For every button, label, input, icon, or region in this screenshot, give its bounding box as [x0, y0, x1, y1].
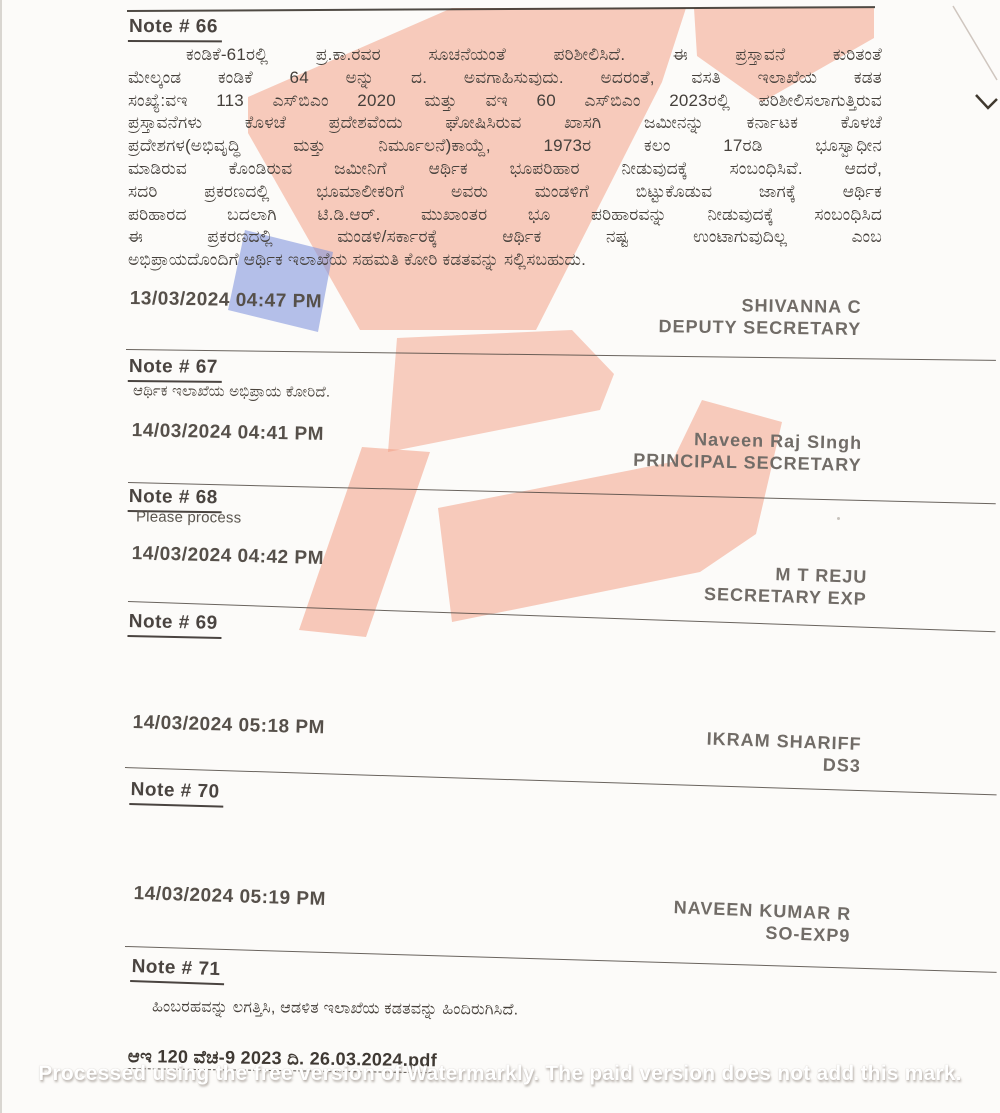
note-separator: [128, 482, 996, 504]
note-66-body-line: ಕಂಡಿಕೆ-61ರಲ್ಲಿ ಪ್ರ.ಕಾ.ರವರ ಸೂಚನೆಯಂತೆ ಪರಿಶ…: [128, 45, 882, 68]
note-separator: [125, 946, 997, 973]
note-69-heading: Note # 69: [127, 611, 222, 639]
note-66-datetime: 13/03/2024 04:47 PM: [130, 288, 323, 313]
note-66-body-line: ಮೇಲ್ಕಂಡ ಕಂಡಿಕೆ 64 ಅನ್ನು ದ. ಅವಗಾಹಿಸುವುದು.…: [128, 68, 882, 91]
scan-speck: [837, 517, 840, 520]
note-66-body-line: ಅಭಿಪ್ರಾಯದೊಂದಿಗೆ ಆರ್ಥಿಕ ಇಲಾಖೆಯ ಸಹಮತಿ ಕೋರಿ…: [128, 250, 882, 273]
note-66-body-line: ಪ್ರಸ್ತಾವನೆಗಳು ಕೊಳಚೆ ಪ್ರದೇಶವೆಂದು ಘೋಷಿಸಿರು…: [128, 113, 882, 136]
watermarkly-notice: Processed using the free version of Wate…: [0, 1062, 1000, 1086]
scan-scratch-line: [953, 6, 997, 80]
note-70-signature: NAVEEN KUMAR R SO-EXP9: [673, 896, 852, 947]
note-71-body: ಹಿಂಬರಹವನ್ನು ಲಗತ್ತಿಸಿ, ಆಡಳಿತ ಇಲಾಖೆಯ ಕಡತವನ…: [152, 998, 518, 1019]
note-separator: [125, 767, 997, 795]
note-67-body: ಆರ್ಥಿಕ ಇಲಾಖೆಯ ಅಭಿಪ್ರಾಯ ಕೋರಿದೆ.: [133, 382, 330, 400]
note-70-datetime: 14/03/2024 05:19 PM: [133, 883, 326, 911]
note-66-body-line: ಪ್ರದೇಶಗಳ(ಅಭಿವೃದ್ಧಿ ಮತ್ತು ನಿರ್ಮೂಲನೆ)ಕಾಯ್ದ…: [128, 136, 882, 159]
scanned-note-sheet: Note # 66 ಕಂಡಿಕೆ-61ರಲ್ಲಿ ಪ್ರ.ಕಾ.ರವರ ಸೂಚನ…: [0, 0, 1000, 1113]
note-66-body-line: ಈ ಪ್ರಕರಣದಲ್ಲಿ ಮಂಡಳಿ/ಸರ್ಕಾರಕ್ಕೆ ಆರ್ಥಿಕ ನಷ…: [128, 227, 882, 250]
note-66-body-line: ಸದರಿ ಪ್ರಕರಣದಲ್ಲಿ ಭೂಮಾಲೀಕರಿಗೆ ಅವರು ಮಂಡಳಿಗ…: [128, 182, 882, 205]
note-70-heading: Note # 70: [129, 779, 224, 808]
note-67-datetime: 14/03/2024 04:41 PM: [132, 420, 325, 446]
note-separator: [126, 349, 996, 361]
officer-name: SHIVANNA C: [659, 293, 862, 318]
scan-ink-mark: [976, 95, 997, 108]
note-67-signature: Naveen Raj SIngh PRINCIPAL SECRETARY: [633, 427, 862, 476]
officer-designation: DS3: [706, 750, 862, 777]
note-68-body: Please process: [136, 508, 242, 526]
top-rule: [127, 6, 875, 12]
note-66-body-line: ಪರಿಹಾರದ ಬದಲಾಗಿ ಟಿ.ಡಿ.ಆರ್. ಮುಖಾಂತರ ಭೂ ಪರಿ…: [128, 205, 882, 228]
note-71-heading: Note # 71: [130, 956, 225, 985]
officer-designation: PRINCIPAL SECRETARY: [633, 449, 862, 476]
note-69-datetime: 14/03/2024 05:18 PM: [132, 712, 325, 739]
note-69-signature: IKRAM SHARIFF DS3: [706, 728, 862, 777]
note-68-signature: M T REJU SECRETARY EXP: [704, 561, 868, 610]
scan-edge-shadow: [0, 0, 2, 1113]
note-67-heading: Note # 67: [128, 356, 222, 383]
stamp-middle-arm: [388, 330, 614, 452]
note-66-signature: SHIVANNA C DEPUTY SECRETARY: [659, 293, 862, 340]
note-66-body-line: ಸಂಖ್ಯೆ:ವಇ 113 ಎಸ್‌ಬಿಎಂ 2020 ಮತ್ತು ವಇ 60 …: [128, 91, 882, 114]
officer-designation: SECRETARY EXP: [704, 583, 867, 610]
officer-designation: DEPUTY SECRETARY: [659, 315, 862, 340]
note-68-datetime: 14/03/2024 04:42 PM: [131, 543, 324, 570]
note-66-body-line: ಮಾಡಿರುವ ಕೊಂಡಿರುವ ಜಮೀನಿಗೆ ಆರ್ಥಿಕ ಭೂಪರಿಹಾರ…: [128, 159, 882, 182]
note-66-heading: Note # 66: [128, 16, 222, 42]
